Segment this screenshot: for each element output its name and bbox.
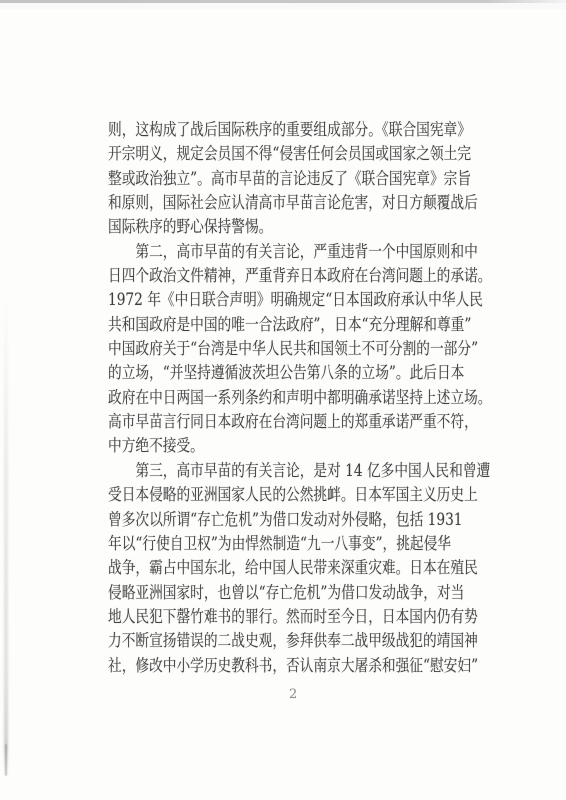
text-line: 1972 年《中日联合声明》明确规定“日本国政府承认中华人民 xyxy=(108,288,483,312)
text-line: 战争，霸占中国东北，给中国人民带来深重灾难。日本在殖民 xyxy=(108,556,483,580)
text-line: 曾多次以所谓“存亡危机”为借口发动对外侵略，包括 1931 xyxy=(108,508,483,532)
paragraph-1: 则，这构成了战后国际秩序的重要组成部分。《联合国宪章》 开宗明义，规定会员国不得… xyxy=(108,118,483,240)
document-text: 则，这构成了战后国际秩序的重要组成部分。《联合国宪章》 开宗明义，规定会员国不得… xyxy=(108,118,483,678)
scanned-document-page: 则，这构成了战后国际秩序的重要组成部分。《联合国宪章》 开宗明义，规定会员国不得… xyxy=(0,0,566,800)
text-line: 开宗明义，规定会员国不得“侵害任何会员国或国家之领土完 xyxy=(108,142,483,166)
text-line: 中方绝不接受。 xyxy=(108,434,483,458)
text-line: 受日本侵略的亚洲国家人民的公然挑衅。日本军国主义历史上 xyxy=(108,483,483,507)
paragraph-2: 第二，高市早苗的有关言论，严重违背一个中国原则和中 日四个政治文件精神，严重背弃… xyxy=(108,240,483,459)
text-line: 共和国政府是中国的唯一合法政府”，日本“充分理解和尊重” xyxy=(108,313,483,337)
text-line: 的立场，“并坚持遵循波茨坦公告第八条的立场”。此后日本 xyxy=(108,361,483,385)
text-line: 整或政治独立”。高市早苗的言论违反了《联合国宪章》宗旨 xyxy=(108,167,483,191)
scan-top-edge-strip xyxy=(0,3,566,9)
text-line: 力不断宣扬错误的二战史观，参拜供奉二战甲级战犯的靖国神 xyxy=(108,629,483,653)
scan-left-edge-shadow xyxy=(4,295,8,775)
text-line: 高市早苗言行同日本政府在台湾问题上的郑重承诺严重不符， xyxy=(108,410,483,434)
text-line: 侵略亚洲国家时，也曾以“存亡危机”为借口发动战争，对当 xyxy=(108,581,483,605)
text-line: 则，这构成了战后国际秩序的重要组成部分。《联合国宪章》 xyxy=(108,118,483,142)
text-line: 日四个政治文件精神，严重背弃日本政府在台湾问题上的承诺。 xyxy=(108,264,483,288)
paragraph-3: 第三，高市早苗的有关言论，是对 14 亿多中国人民和曾遭 受日本侵略的亚洲国家人… xyxy=(108,459,483,678)
text-line: 第二，高市早苗的有关言论，严重违背一个中国原则和中 xyxy=(108,240,483,264)
page-number: 2 xyxy=(289,687,297,702)
text-line: 中国政府关于“台湾是中华人民共和国领土不可分割的一部分” xyxy=(108,337,483,361)
text-line: 社，修改中小学历史教科书，否认南京大屠杀和强征“慰安妇” xyxy=(108,654,483,678)
text-line: 年以“行使自卫权”为由悍然制造“九一八事变”，挑起侵华 xyxy=(108,532,483,556)
text-line: 地人民犯下罄竹难书的罪行。然而时至今日，日本国内仍有势 xyxy=(108,605,483,629)
text-line: 和原则，国际社会应认清高市早苗言论危害，对日方颠覆战后 xyxy=(108,191,483,215)
text-line: 第三，高市早苗的有关言论，是对 14 亿多中国人民和曾遭 xyxy=(108,459,483,483)
text-line: 国际秩序的野心保持警惕。 xyxy=(108,215,483,239)
scan-left-edge-mark xyxy=(5,744,7,776)
text-line: 政府在中日两国一系列条约和声明中都明确承诺坚持上述立场。 xyxy=(108,386,483,410)
